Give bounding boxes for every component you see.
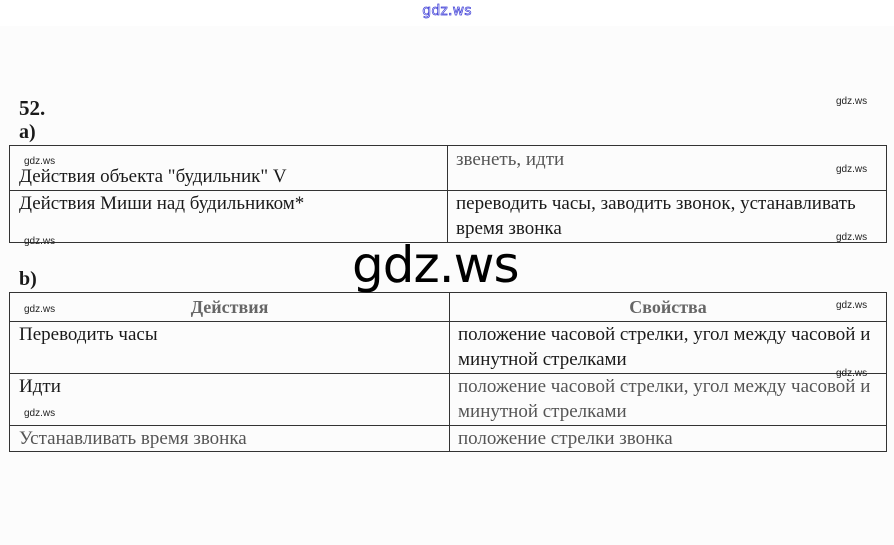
watermark: gdz.ws bbox=[24, 236, 55, 247]
center-watermark: gdz.ws bbox=[352, 240, 519, 290]
part-b-label: b) bbox=[19, 268, 37, 291]
watermark: gdz.ws bbox=[836, 96, 867, 107]
watermark: gdz.ws bbox=[836, 300, 867, 311]
table-b-action: Идти bbox=[10, 374, 450, 426]
table-row: Действия Миши над будильником* переводит… bbox=[10, 191, 887, 243]
top-banner: gdz.ws bbox=[0, 0, 894, 26]
header-actions: Действия bbox=[10, 293, 450, 322]
table-row: Устанавливать время звонка положение стр… bbox=[10, 426, 887, 452]
watermark: gdz.ws bbox=[836, 232, 867, 243]
table-row: Идти положение часовой стрелки, угол меж… bbox=[10, 374, 887, 426]
header-properties: Свойства bbox=[450, 293, 887, 322]
task-number: 52. bbox=[19, 96, 45, 121]
table-row: Действия объекта "будильник" V звенеть, … bbox=[10, 146, 887, 191]
watermark: gdz.ws bbox=[24, 408, 55, 419]
table-b-property: положение часовой стрелки, угол между ча… bbox=[450, 374, 887, 426]
table-b-property: положение стрелки звонка bbox=[450, 426, 887, 452]
watermark: gdz.ws bbox=[836, 164, 867, 175]
table-a-cell-left: Действия объекта "будильник" V bbox=[10, 146, 448, 191]
table-a-cell-left: Действия Миши над будильником* bbox=[10, 191, 448, 243]
table-b-action: Переводить часы bbox=[10, 322, 450, 374]
watermark: gdz.ws bbox=[24, 304, 55, 315]
table-b-action: Устанавливать время звонка bbox=[10, 426, 450, 452]
table-b-property: положение часовой стрелки, угол между ча… bbox=[450, 322, 887, 374]
watermark: gdz.ws bbox=[24, 156, 55, 167]
site-logo[interactable]: gdz.ws bbox=[0, 3, 894, 19]
watermark: gdz.ws bbox=[836, 368, 867, 379]
table-header-row: Действия Свойства bbox=[10, 293, 887, 322]
table-a-cell-right: переводить часы, заводить звонок, устана… bbox=[448, 191, 887, 243]
part-a-label: a) bbox=[19, 121, 36, 144]
table-row: Переводить часы положение часовой стрелк… bbox=[10, 322, 887, 374]
table-a-cell-right: звенеть, идти bbox=[448, 146, 887, 191]
table-b: Действия Свойства Переводить часы положе… bbox=[9, 292, 887, 452]
table-a: Действия объекта "будильник" V звенеть, … bbox=[9, 145, 887, 243]
